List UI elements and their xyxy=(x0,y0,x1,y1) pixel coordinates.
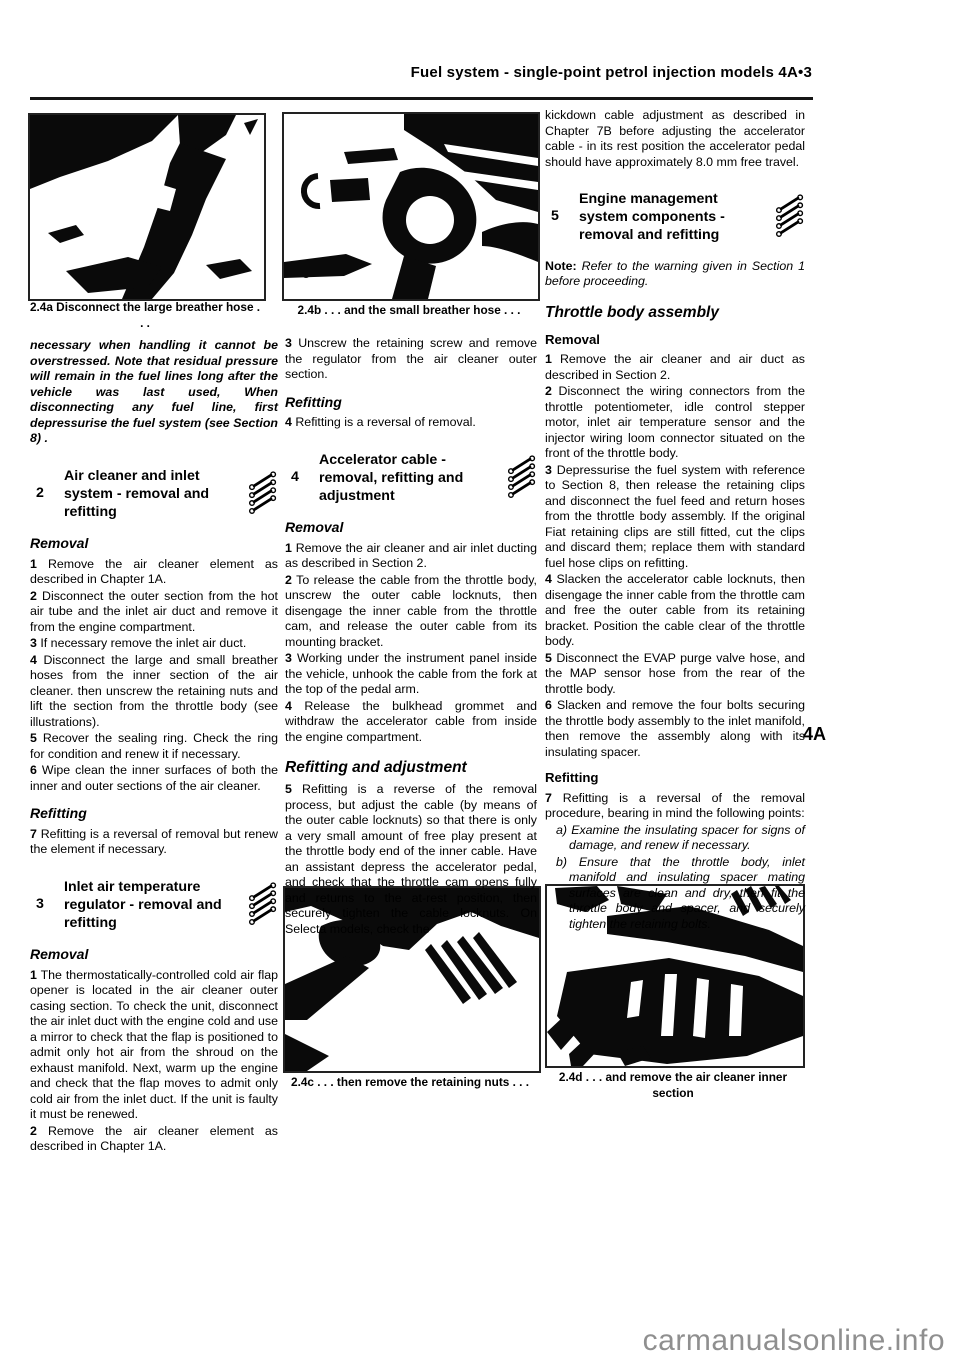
step-text: Wipe clean the inner surfaces of both th… xyxy=(30,763,278,793)
step-paragraph: 4 Release the bulkhead grommet and withd… xyxy=(285,699,537,746)
step-paragraph: 1 Remove the air cleaner and air inlet d… xyxy=(285,541,537,572)
step-text: Remove the air cleaner element as descri… xyxy=(30,557,278,587)
refitting-point-b: b) Ensure that the throttle body, inlet … xyxy=(545,855,805,933)
spanner-set-icon xyxy=(507,453,537,504)
step-number: 5 xyxy=(30,731,37,745)
spanner-set-icon xyxy=(248,469,278,520)
column-left: necessary when handling it cannot be ove… xyxy=(30,338,278,1156)
step-paragraph: 5 Refitting is a reverse of the removal … xyxy=(285,782,537,937)
step-text: Disconnect the large and small breather … xyxy=(30,653,278,729)
section-title: Engine management system components - re… xyxy=(579,190,769,245)
column-right: kickdown cable adjustment as described i… xyxy=(545,108,805,933)
step-number: 6 xyxy=(30,763,37,777)
step-text: Refitting is a reverse of the removal pr… xyxy=(285,782,537,936)
step-number: 3 xyxy=(285,336,292,350)
step-paragraph: 3 Unscrew the retaining screw and remove… xyxy=(285,336,537,383)
refitting-point-a: a) Examine the insulating spacer for sig… xyxy=(545,823,805,854)
step-number: 2 xyxy=(30,589,37,603)
note-text: Refer to the warning given in Section 1 … xyxy=(545,259,805,289)
step-paragraph: 7 Refitting is a reversal of the removal… xyxy=(545,791,805,822)
step-text: Release the bulkhead grommet and withdra… xyxy=(285,699,537,744)
step-text: Refitting is a reversal of removal but r… xyxy=(30,827,278,857)
step-number: 4 xyxy=(285,415,292,429)
step-number: 1 xyxy=(30,968,37,982)
page-header: Fuel system - single-point petrol inject… xyxy=(30,64,812,81)
step-paragraph: 4 Slacken the accelerator cable locknuts… xyxy=(545,572,805,650)
note-paragraph: Note: Refer to the warning given in Sect… xyxy=(545,259,805,290)
step-paragraph: 6 Wipe clean the inner surfaces of both … xyxy=(30,763,278,794)
step-number: 5 xyxy=(285,782,292,796)
step-number: 7 xyxy=(545,791,552,805)
step-number: 7 xyxy=(30,827,37,841)
step-paragraph: 1 Remove the air cleaner element as desc… xyxy=(30,557,278,588)
breather-hose-photo-graphic xyxy=(284,114,538,299)
refitting-adjustment-subheading: Refitting and adjustment xyxy=(285,758,537,777)
refitting-subheading: Refitting xyxy=(545,770,805,787)
caption-2-4c: 2.4c . . . then remove the retaining nut… xyxy=(283,1075,537,1091)
step-number: 3 xyxy=(285,651,292,665)
step-text: Remove the air cleaner element as descri… xyxy=(30,1124,278,1154)
step-paragraph: 3 If necessary remove the inlet air duct… xyxy=(30,636,278,652)
section-4-heading: 4 Accelerator cable - removal, refitting… xyxy=(285,451,537,506)
step-number: 2 xyxy=(285,573,292,587)
step-text: Working under the instrument panel insid… xyxy=(285,651,537,696)
throttle-body-subheading: Throttle body assembly xyxy=(545,303,805,322)
column-middle: 3 Unscrew the retaining screw and remove… xyxy=(285,336,537,938)
step-paragraph: 7 Refitting is a reversal of removal but… xyxy=(30,827,278,858)
step-paragraph: 1 The thermostatically-controlled cold a… xyxy=(30,968,278,1123)
photo-2-4a xyxy=(28,113,266,301)
caption-2-4d: 2.4d . . . and remove the air cleaner in… xyxy=(545,1070,801,1101)
section-title: Inlet air temperature regulator - remova… xyxy=(64,878,242,933)
step-paragraph: 4 Disconnect the large and small breathe… xyxy=(30,653,278,731)
removal-subheading: Removal xyxy=(30,946,278,964)
refitting-subheading: Refitting xyxy=(285,394,537,412)
step-number: 1 xyxy=(545,352,552,366)
manual-page: Fuel system - single-point petrol inject… xyxy=(0,0,960,1362)
step-number: 4 xyxy=(545,572,552,586)
section-number: 3 xyxy=(30,896,58,914)
step-number: 3 xyxy=(545,463,552,477)
step-number: 1 xyxy=(285,541,292,555)
continued-warning-text: necessary when handling it cannot be ove… xyxy=(30,338,278,447)
step-text: If necessary remove the inlet air duct. xyxy=(40,636,246,650)
header-rule xyxy=(30,97,813,100)
step-text: Refitting is a reversal of removal. xyxy=(295,415,475,429)
step-number: 2 xyxy=(545,384,552,398)
step-text: The thermostatically-controlled cold air… xyxy=(30,968,278,1122)
step-text: Recover the sealing ring. Check the ring… xyxy=(30,731,278,761)
section-number: 2 xyxy=(30,485,58,503)
step-text: Disconnect the wiring connectors from th… xyxy=(545,384,805,460)
chapter-tab-label: 4A xyxy=(803,724,826,745)
caption-2-4a: 2.4a Disconnect the large breather hose … xyxy=(28,300,262,331)
step-paragraph: 4 Refitting is a reversal of removal. xyxy=(285,415,537,431)
step-text: Slacken and remove the four bolts securi… xyxy=(545,698,805,759)
step-paragraph: 3 Working under the instrument panel ins… xyxy=(285,651,537,698)
step-text: Remove the air cleaner and air inlet duc… xyxy=(285,541,537,571)
step-number: 2 xyxy=(30,1124,37,1138)
caption-2-4b: 2.4b . . . and the small breather hose .… xyxy=(282,303,536,319)
step-number: 5 xyxy=(545,651,552,665)
step-number: 3 xyxy=(30,636,37,650)
spanner-set-icon xyxy=(775,192,805,243)
step-paragraph: 5 Disconnect the EVAP purge valve hose, … xyxy=(545,651,805,698)
step-paragraph: 3 Depressurise the fuel system with refe… xyxy=(545,463,805,572)
step-number: 6 xyxy=(545,698,552,712)
section-5-heading: 5 Engine management system components - … xyxy=(545,190,805,245)
refitting-subheading: Refitting xyxy=(30,805,278,823)
step-paragraph: 2 Disconnect the outer section from the … xyxy=(30,589,278,636)
removal-subheading: Removal xyxy=(30,535,278,553)
section-2-heading: 2 Air cleaner and inlet system - removal… xyxy=(30,467,278,522)
section-title: Air cleaner and inlet system - removal a… xyxy=(64,467,242,522)
step-text: Slacken the accelerator cable locknuts, … xyxy=(545,572,805,648)
step-text: kickdown cable adjustment as described i… xyxy=(545,108,805,169)
step-paragraph: 2 Remove the air cleaner element as desc… xyxy=(30,1124,278,1155)
spanner-set-icon xyxy=(248,880,278,931)
step-text: To release the cable from the throttle b… xyxy=(285,573,537,649)
step-paragraph: 2 To release the cable from the throttle… xyxy=(285,573,537,651)
section-title: Accelerator cable - removal, refitting a… xyxy=(319,451,501,506)
step-text: Refitting is a reversal of the removal p… xyxy=(545,791,805,821)
step-text: Disconnect the EVAP purge valve hose, an… xyxy=(545,651,805,696)
step-number: 4 xyxy=(285,699,292,713)
step-paragraph: 1 Remove the air cleaner and air duct as… xyxy=(545,352,805,383)
removal-subheading: Removal xyxy=(545,332,805,349)
note-label: Note: xyxy=(545,259,577,273)
step-number: 1 xyxy=(30,557,37,571)
engine-bay-photo-graphic xyxy=(30,115,264,299)
step-text: Depressurise the fuel system with refere… xyxy=(545,463,805,570)
watermark-text: carmanualsonline.info xyxy=(643,1324,945,1358)
photo-2-4b xyxy=(282,112,540,301)
continued-paragraph: kickdown cable adjustment as described i… xyxy=(545,108,805,170)
section-number: 5 xyxy=(545,208,573,226)
step-paragraph: 5 Recover the sealing ring. Check the ri… xyxy=(30,731,278,762)
step-text: Remove the air cleaner and air duct as d… xyxy=(545,352,805,382)
section-number: 4 xyxy=(285,469,313,487)
note-block: Note: Refer to the warning given in Sect… xyxy=(545,259,805,290)
step-paragraph: 2 Disconnect the wiring connectors from … xyxy=(545,384,805,462)
step-text: Unscrew the retaining screw and remove t… xyxy=(285,336,537,381)
section-3-heading: 3 Inlet air temperature regulator - remo… xyxy=(30,878,278,933)
step-number: 4 xyxy=(30,653,37,667)
step-text: Disconnect the outer section from the ho… xyxy=(30,589,278,634)
removal-subheading: Removal xyxy=(285,519,537,537)
step-paragraph: 6 Slacken and remove the four bolts secu… xyxy=(545,698,805,760)
